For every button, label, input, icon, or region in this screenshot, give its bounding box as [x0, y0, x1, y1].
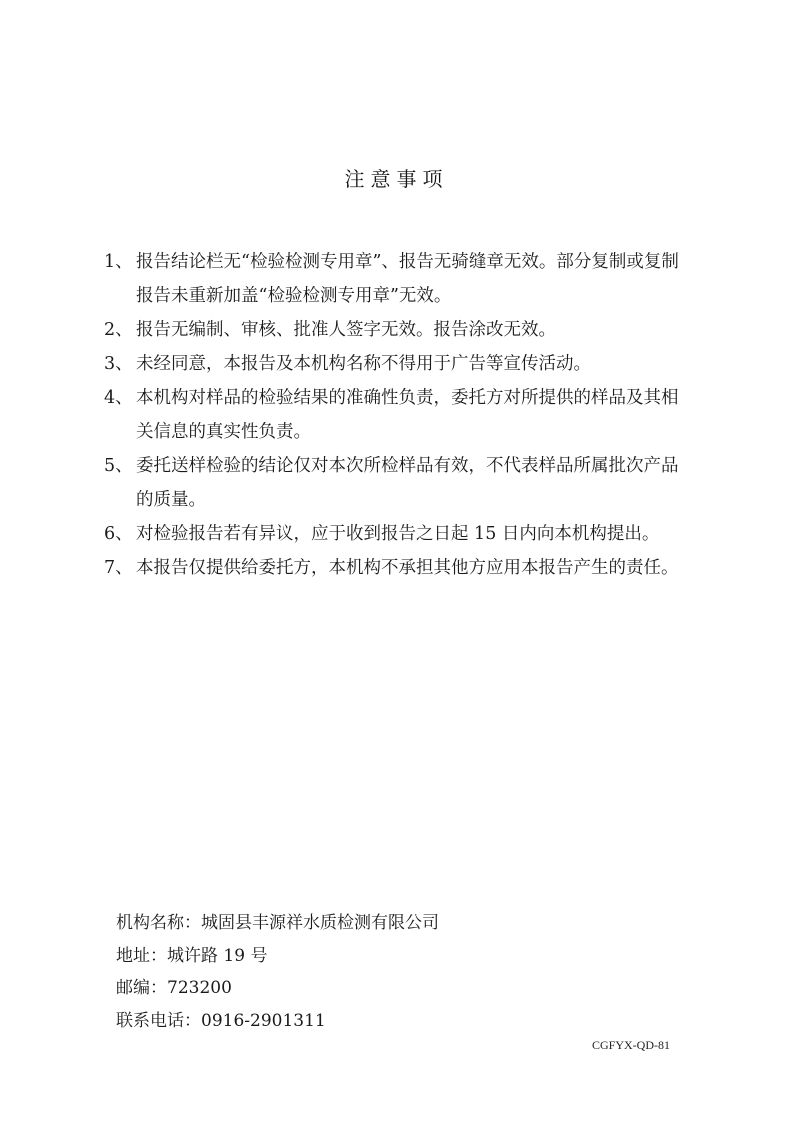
notice-text: 本报告仅提供给委托方，本机构不承担其他方应用本报告产生的责任。: [104, 551, 694, 585]
notice-item-1: 1、 报告结论栏无“检验检测专用章”、报告无骑缝章无效。部分复制或复制报告未重新…: [104, 245, 694, 313]
org-name-row: 机构名称：城固县丰源祥水质检测有限公司: [116, 907, 596, 940]
notice-item-7: 7、 本报告仅提供给委托方，本机构不承担其他方应用本报告产生的责任。: [104, 551, 694, 585]
postcode-row: 邮编：723200: [116, 972, 596, 1005]
phone-value: 0916-2901311: [201, 1011, 326, 1031]
phone-label: 联系电话：: [116, 1011, 201, 1031]
notice-text: 委托送样检验的结论仅对本次所检样品有效，不代表样品所属批次产品的质量。: [104, 449, 694, 517]
notice-number: 5、: [104, 449, 136, 483]
notice-number: 4、: [104, 381, 136, 415]
address-row: 地址：城许路 19 号: [116, 940, 596, 973]
postcode-value: 723200: [167, 978, 232, 998]
document-code: CGFYX-QD-81: [592, 1038, 670, 1053]
notice-number: 7、: [104, 551, 136, 585]
notice-item-4: 4、 本机构对样品的检验结果的准确性负责，委托方对所提供的样品及其相关信息的真实…: [104, 381, 694, 449]
notice-text: 未经同意，本报告及本机构名称不得用于广告等宣传活动。: [104, 347, 694, 381]
postcode-label: 邮编：: [116, 978, 167, 998]
page-title: 注意事项: [0, 163, 793, 192]
phone-row: 联系电话：0916-2901311: [116, 1005, 596, 1038]
notice-item-2: 2、 报告无编制、审核、批准人签字无效。报告涂改无效。: [104, 313, 694, 347]
org-name-label: 机构名称：: [116, 913, 201, 933]
notice-text: 本机构对样品的检验结果的准确性负责，委托方对所提供的样品及其相关信息的真实性负责…: [104, 381, 694, 449]
notice-item-3: 3、 未经同意，本报告及本机构名称不得用于广告等宣传活动。: [104, 347, 694, 381]
notice-list: 1、 报告结论栏无“检验检测专用章”、报告无骑缝章无效。部分复制或复制报告未重新…: [104, 245, 694, 585]
notice-number: 6、: [104, 517, 136, 551]
contact-info: 机构名称：城固县丰源祥水质检测有限公司 地址：城许路 19 号 邮编：72320…: [116, 907, 596, 1037]
address-value: 城许路 19 号: [167, 946, 267, 966]
org-name-value: 城固县丰源祥水质检测有限公司: [201, 913, 439, 933]
notice-text: 对检验报告若有异议，应于收到报告之日起 15 日内向本机构提出。: [104, 517, 694, 551]
address-label: 地址：: [116, 946, 167, 966]
notice-item-6: 6、 对检验报告若有异议，应于收到报告之日起 15 日内向本机构提出。: [104, 517, 694, 551]
notice-number: 1、: [104, 245, 136, 279]
notice-text: 报告无编制、审核、批准人签字无效。报告涂改无效。: [104, 313, 694, 347]
notice-text: 报告结论栏无“检验检测专用章”、报告无骑缝章无效。部分复制或复制报告未重新加盖“…: [104, 245, 694, 313]
notice-number: 2、: [104, 313, 136, 347]
notice-item-5: 5、 委托送样检验的结论仅对本次所检样品有效，不代表样品所属批次产品的质量。: [104, 449, 694, 517]
notice-number: 3、: [104, 347, 136, 381]
